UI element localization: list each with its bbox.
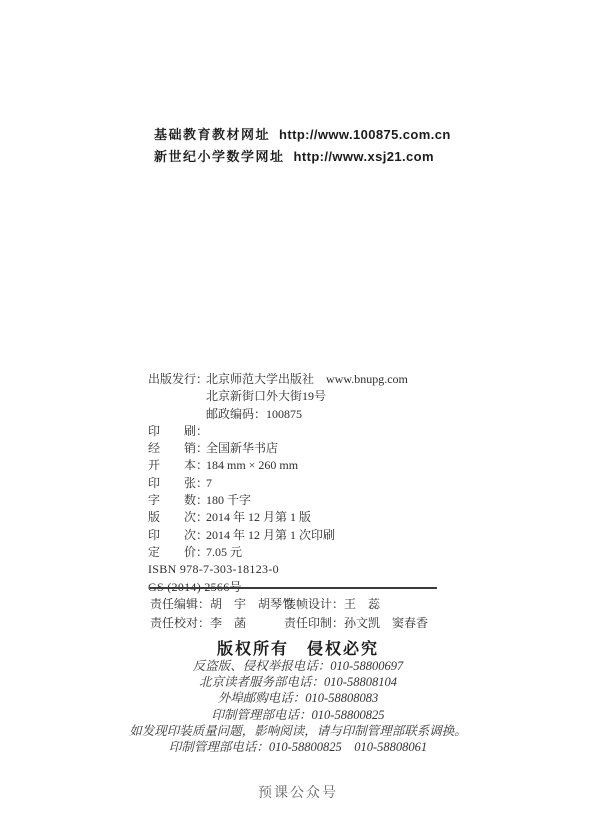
colophon-block: 出版发行： 北京师范大学出版社 www.bnupg.com 北京新街口外大街19…	[148, 371, 408, 596]
colophon-row-wordcount: 字 数： 180 千字	[148, 492, 408, 509]
colophon-row-edition: 版 次： 2014 年 12 月第 1 版	[148, 509, 408, 526]
divider-rule	[150, 587, 437, 589]
colophon-label	[148, 388, 206, 405]
notice-print-management-hotline-2: 印制管理部电话：010-58800825 010-58808061	[0, 739, 596, 755]
colophon-value: 7.05 元	[206, 544, 242, 561]
notice-reader-service-hotline: 北京读者服务部电话：010-58808104	[0, 674, 596, 690]
colophon-value: 184 mm × 260 mm	[206, 457, 298, 474]
notice-antipiracy-hotline: 反盗版、侵权举报电话：010-58800697	[0, 658, 596, 674]
colophon-label: 定 价：	[148, 544, 206, 561]
credit-proofreader: 责任校对：李 菡	[150, 614, 284, 633]
colophon-label: 印 张：	[148, 475, 206, 492]
colophon-row-printer: 印 刷：	[148, 423, 408, 440]
isbn-line: ISBN 978-7-303-18123-0	[148, 561, 408, 578]
colophon-label: 字 数：	[148, 492, 206, 509]
credit-print-supervisor: 责任印制：孙文凯 窦春香	[284, 614, 428, 633]
website-url: http://www.xsj21.com	[294, 146, 434, 168]
colophon-value: 北京新街口外大街19号	[206, 388, 326, 405]
colophon-value: 北京师范大学出版社 www.bnupg.com	[206, 371, 408, 388]
colophon-row-address: 北京新街口外大街19号	[148, 388, 408, 405]
book-copyright-page: 基础教育教材网址 http://www.100875.com.cn 新世纪小学数…	[0, 0, 596, 816]
colophon-row-publisher: 出版发行： 北京师范大学出版社 www.bnupg.com	[148, 371, 408, 388]
colophon-label: 版 次：	[148, 509, 206, 526]
colophon-label: 出版发行：	[148, 371, 206, 388]
colophon-label	[148, 406, 206, 423]
colophon-value: 180 千字	[206, 492, 251, 509]
credit-editor: 责任编辑：胡 宇 胡琴竹	[150, 595, 284, 614]
colophon-value: 2014 年 12 月第 1 版	[206, 509, 311, 526]
notice-quality-statement: 如发现印装质量问题，影响阅读，请与印制管理部联系调换。	[0, 723, 596, 739]
colophon-value: 2014 年 12 月第 1 次印刷	[206, 527, 335, 544]
colophon-label: 经 销：	[148, 440, 206, 457]
colophon-row-distributor: 经 销： 全国新华书店	[148, 440, 408, 457]
credit-row-2: 责任校对：李 菡 责任印制：孙文凯 窦春香	[150, 614, 428, 633]
credits-block: 责任编辑：胡 宇 胡琴竹 装帧设计：王 蕊 责任校对：李 菡 责任印制：孙文凯 …	[150, 595, 428, 632]
website-row-new-century-math: 新世纪小学数学网址 http://www.xsj21.com	[154, 146, 451, 168]
colophon-row-impression: 印 次： 2014 年 12 月第 1 次印刷	[148, 527, 408, 544]
colophon-row-sheets: 印 张： 7	[148, 475, 408, 492]
footer-watermark: 预课公众号	[0, 782, 596, 802]
colophon-row-format: 开 本： 184 mm × 260 mm	[148, 457, 408, 474]
website-url: http://www.100875.com.cn	[279, 124, 451, 146]
colophon-label: 印 刷：	[148, 423, 206, 440]
colophon-value: 7	[206, 475, 212, 492]
copyright-heading: 版权所有 侵权必究	[0, 636, 596, 659]
colophon-value: 全国新华书店	[206, 440, 278, 457]
website-row-basic-education: 基础教育教材网址 http://www.100875.com.cn	[154, 124, 451, 146]
credit-row-1: 责任编辑：胡 宇 胡琴竹 装帧设计：王 蕊	[150, 595, 428, 614]
notice-print-management-hotline: 印制管理部电话：010-58800825	[0, 707, 596, 723]
website-label: 新世纪小学数学网址	[154, 146, 285, 168]
colophon-row-price: 定 价： 7.05 元	[148, 544, 408, 561]
colophon-row-postcode: 邮政编码：100875	[148, 406, 408, 423]
credit-designer: 装帧设计：王 蕊	[284, 595, 380, 614]
colophon-label: 印 次：	[148, 527, 206, 544]
websites-block: 基础教育教材网址 http://www.100875.com.cn 新世纪小学数…	[154, 124, 451, 168]
colophon-label: 开 本：	[148, 457, 206, 474]
notice-mail-order-hotline: 外埠邮购电话：010-58808083	[0, 690, 596, 706]
colophon-value: 邮政编码：100875	[206, 406, 302, 423]
copyright-notices: 反盗版、侵权举报电话：010-58800697 北京读者服务部电话：010-58…	[0, 658, 596, 755]
website-label: 基础教育教材网址	[154, 124, 270, 146]
